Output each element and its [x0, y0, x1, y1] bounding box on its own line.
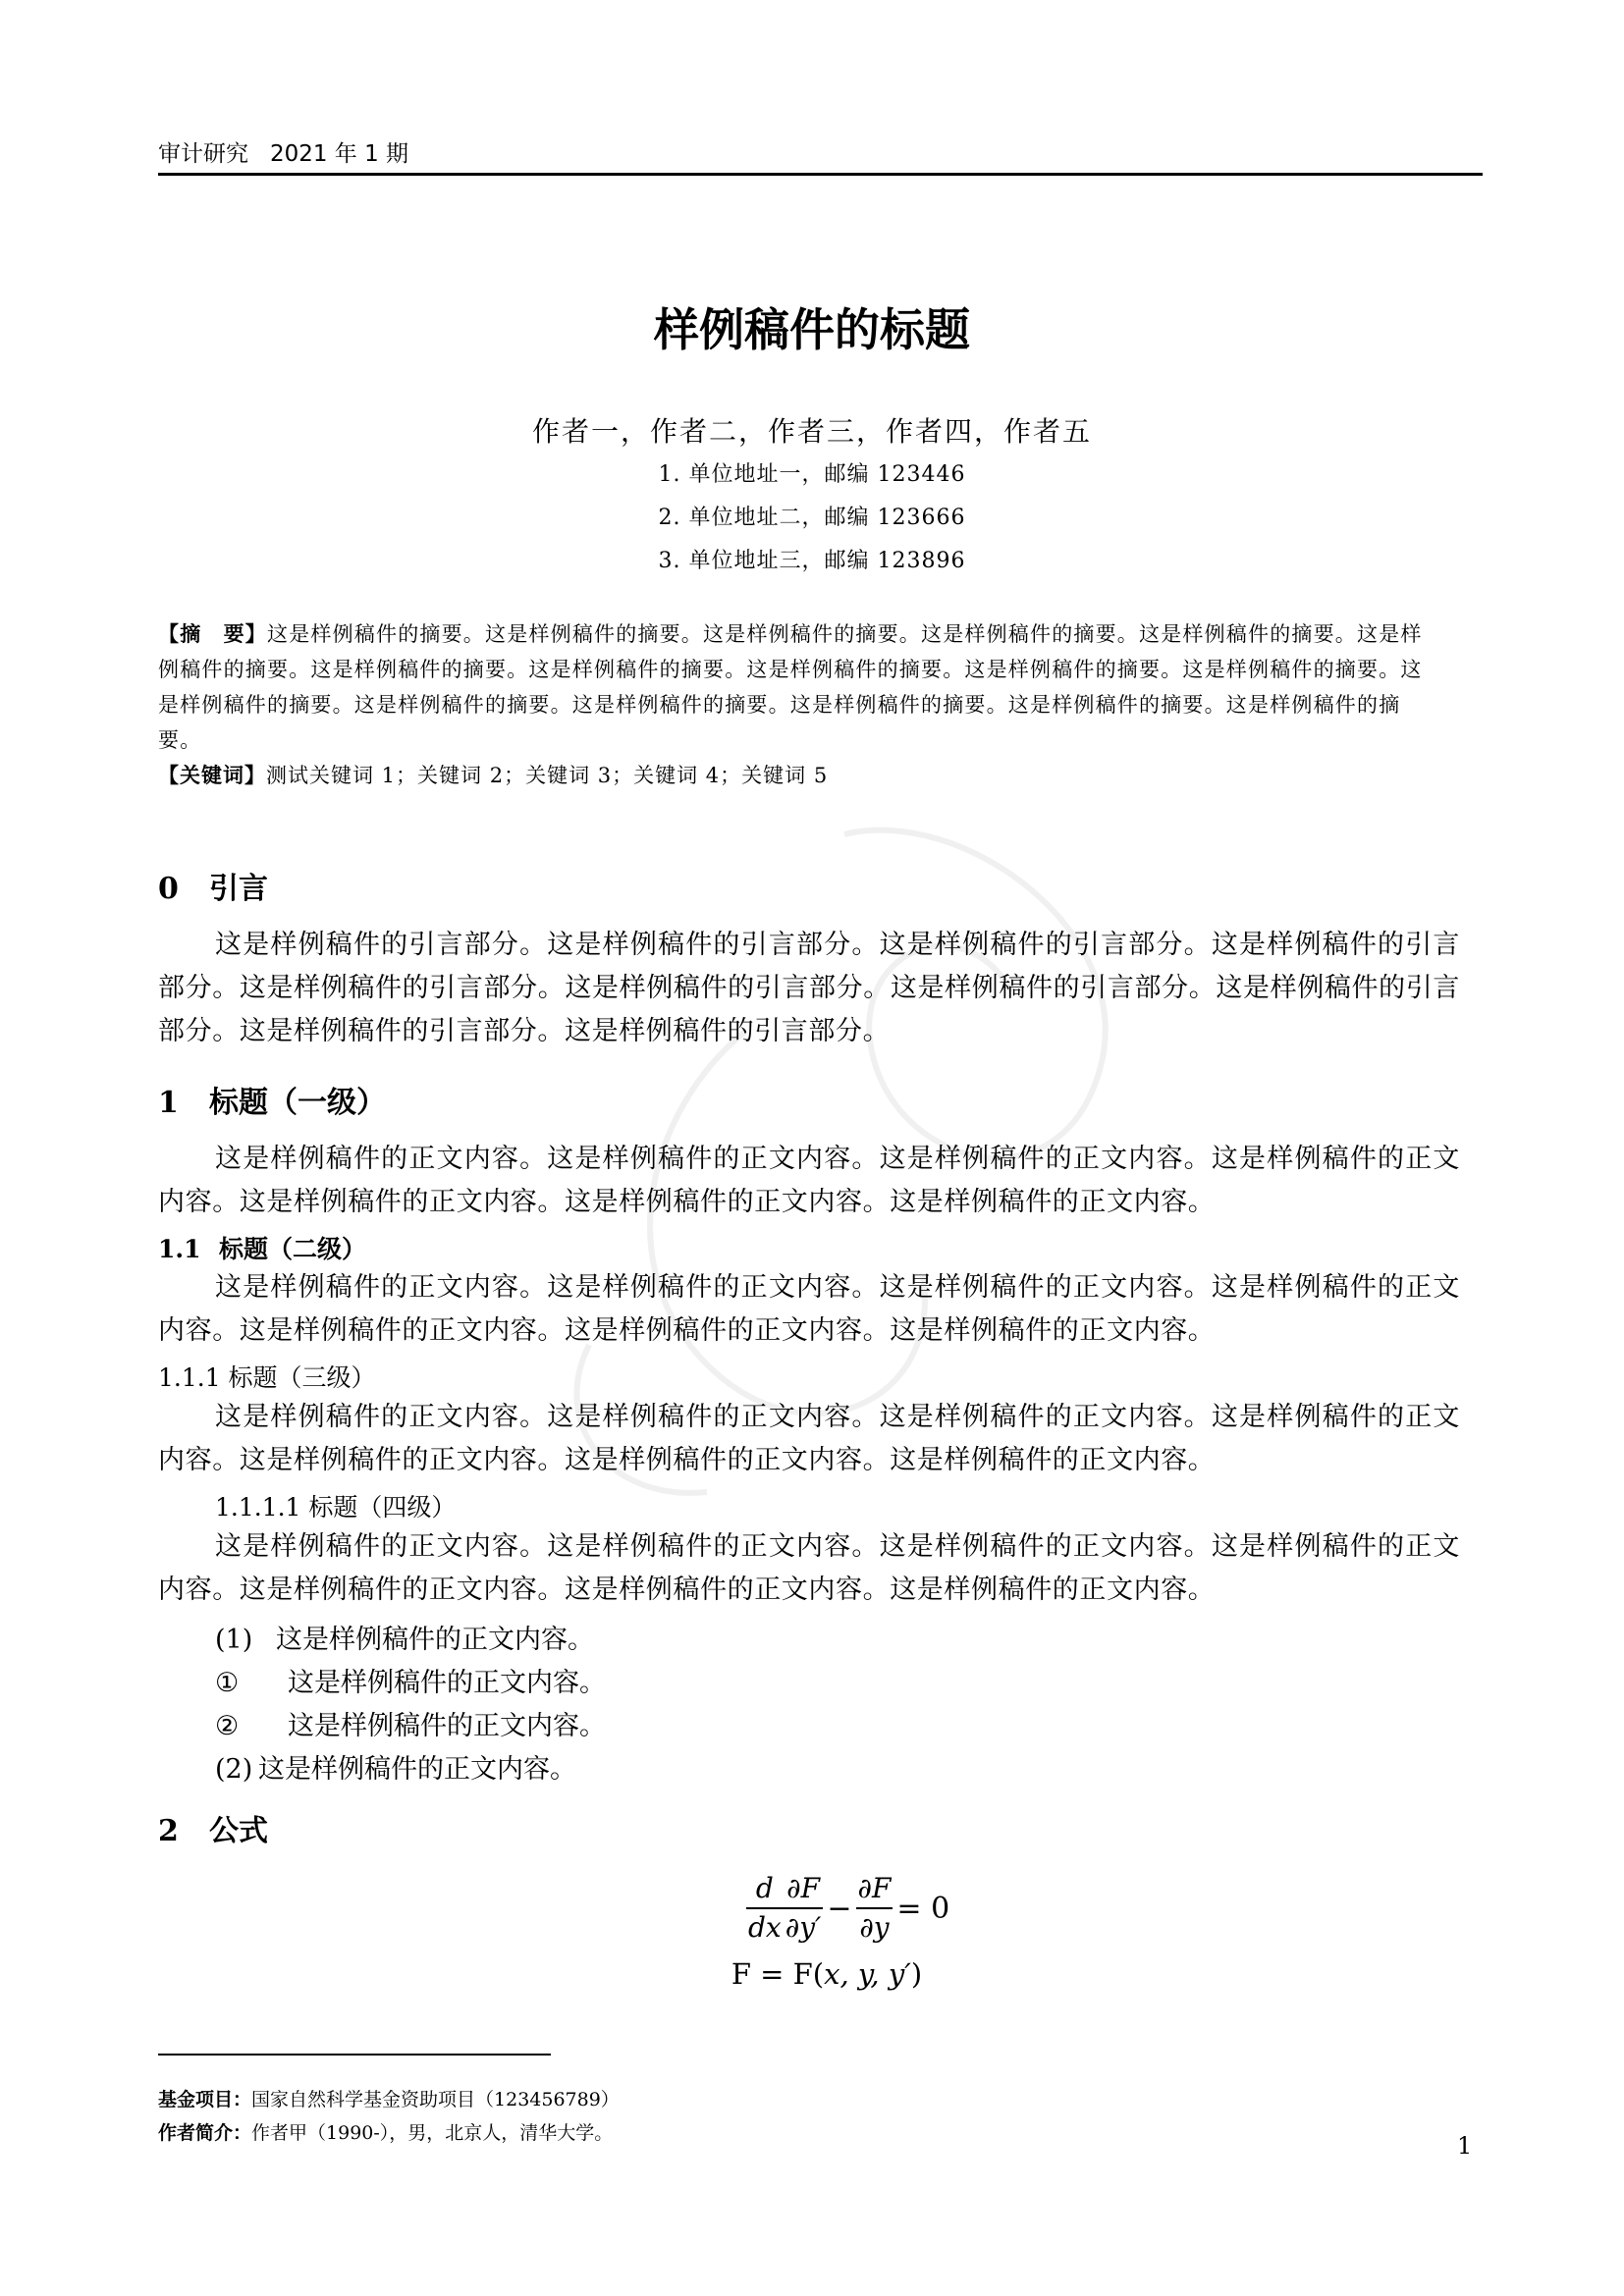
list-item: ②这是样例稿件的正文内容。 [215, 1704, 606, 1742]
author-list: 作者一，作者二，作者三，作者四，作者五 [0, 410, 1624, 450]
fraction: ∂F∂y′ [784, 1870, 824, 1947]
abstract: 【摘 要】这是样例稿件的摘要。这是样例稿件的摘要。这是样例稿件的摘要。这是样例稿… [158, 616, 1435, 758]
equation-definition: F = F(x, y, y′) [0, 1957, 1624, 1991]
section-heading-1: 1标题（一级） [158, 1078, 386, 1121]
abstract-label: 【摘 要】 [158, 622, 267, 646]
list-item: (2)这是样例稿件的正文内容。 [215, 1747, 576, 1786]
keywords-label: 【关键词】 [158, 764, 266, 787]
keywords: 【关键词】测试关键词 1；关键词 2；关键词 3；关键词 4；关键词 5 [158, 760, 828, 789]
header-rule [158, 173, 1483, 176]
section-heading-intro: 0引言 [158, 864, 268, 907]
list-item: ①这是样例稿件的正文内容。 [215, 1661, 606, 1699]
section-heading-2: 2公式 [158, 1806, 268, 1849]
list-item: (1)这是样例稿件的正文内容。 [215, 1618, 594, 1656]
intro-paragraph: 这是样例稿件的引言部分。这是样例稿件的引言部分。这是样例稿件的引言部分。这是样例… [158, 924, 1460, 1053]
affiliation-3: 3. 单位地址三，邮编 123896 [0, 544, 1624, 574]
journal-issue: 2021 年 1 期 [270, 141, 408, 167]
running-header: 审计研究 2021 年 1 期 [158, 135, 408, 168]
fraction: ddx [746, 1870, 784, 1947]
section-heading-1-1-1: 1.1.1 标题（三级） [158, 1359, 376, 1394]
paper-title: 样例稿件的标题 [0, 294, 1624, 359]
affiliation-1: 1. 单位地址一，邮编 123446 [0, 457, 1624, 488]
section-heading-1-1: 1.1标题（二级） [158, 1230, 366, 1265]
abstract-text: 这是样例稿件的摘要。这是样例稿件的摘要。这是样例稿件的摘要。这是样例稿件的摘要。… [158, 622, 1423, 752]
section-1-1-1-paragraph: 这是样例稿件的正文内容。这是样例稿件的正文内容。这是样例稿件的正文内容。这是样例… [158, 1396, 1460, 1482]
fraction: ∂F∂y [856, 1870, 893, 1947]
equation-euler-lagrange: ddx∂F∂y′−∂F∂y= 0 [746, 1870, 953, 1947]
section-1-paragraph: 这是样例稿件的正文内容。这是样例稿件的正文内容。这是样例稿件的正文内容。这是样例… [158, 1138, 1460, 1224]
keywords-text: 测试关键词 1；关键词 2；关键词 3；关键词 4；关键词 5 [266, 764, 828, 787]
footnote-author-bio: 作者简介：作者甲（1990-），男，北京人，清华大学。 [158, 2118, 613, 2145]
section-heading-1-1-1-1: 1.1.1.1 标题（四级） [215, 1488, 456, 1523]
footnote-rule [158, 2054, 551, 2056]
journal-name: 审计研究 [158, 141, 248, 167]
page-number: 1 [1457, 2132, 1472, 2160]
affiliation-2: 2. 单位地址二，邮编 123666 [0, 501, 1624, 531]
footnote-fund: 基金项目：国家自然科学基金资助项目（123456789） [158, 2085, 620, 2111]
section-1-1-paragraph: 这是样例稿件的正文内容。这是样例稿件的正文内容。这是样例稿件的正文内容。这是样例… [158, 1266, 1460, 1353]
section-1-1-1-1-paragraph: 这是样例稿件的正文内容。这是样例稿件的正文内容。这是样例稿件的正文内容。这是样例… [158, 1525, 1460, 1612]
